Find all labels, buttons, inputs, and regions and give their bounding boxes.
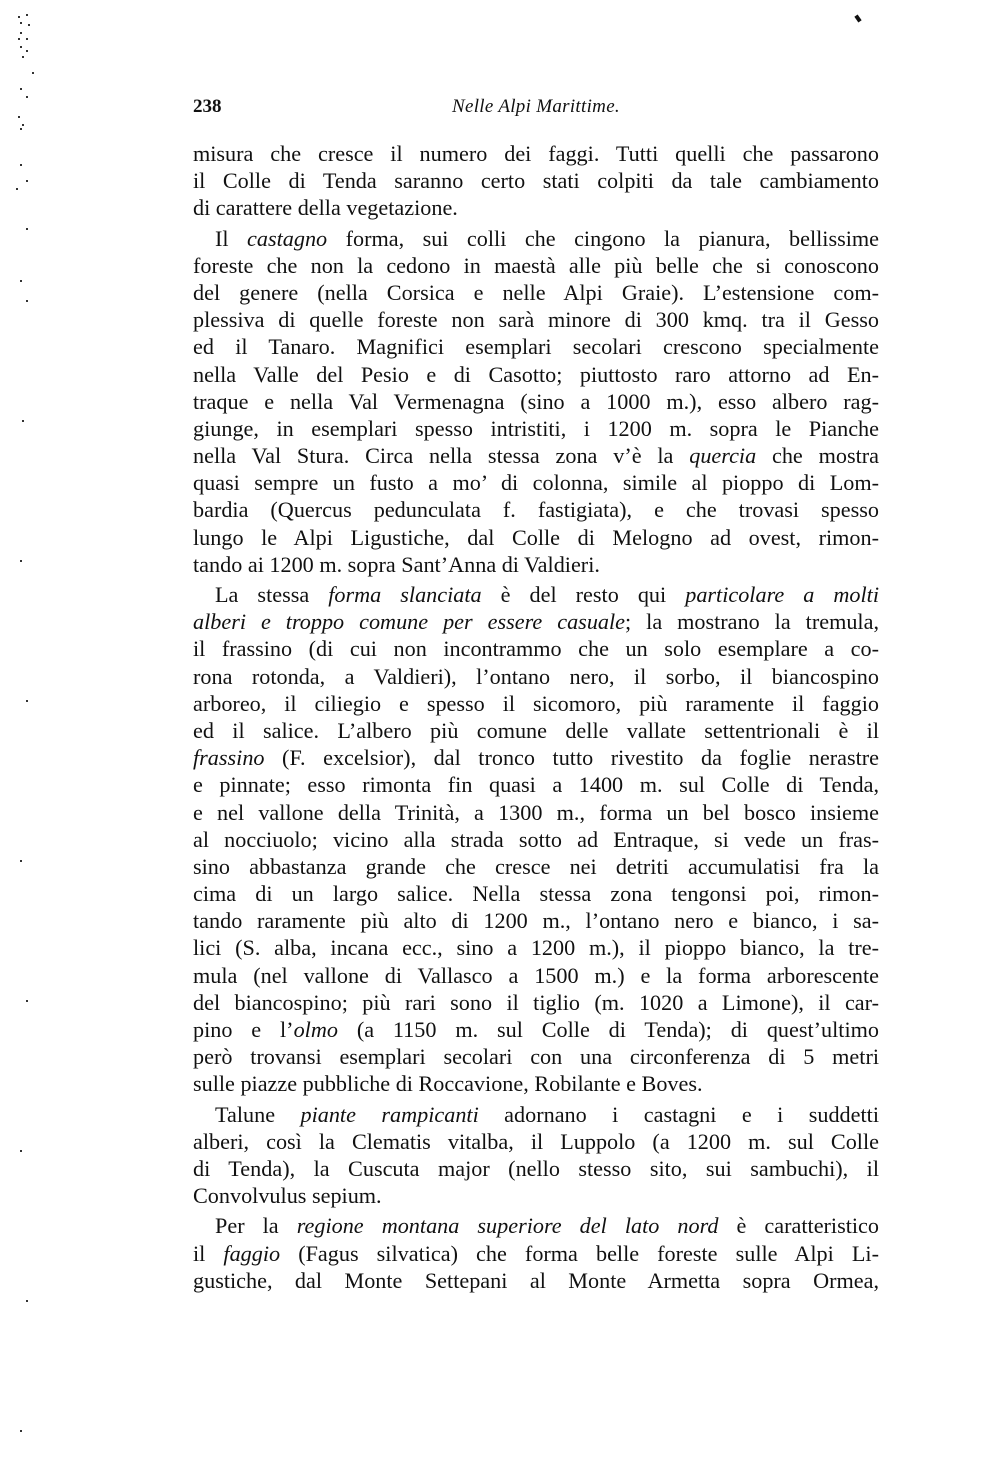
running-head: 238 Nelle Alpi Marittime. — [193, 96, 879, 126]
italic-text: forma slanciata — [328, 582, 481, 607]
text-run: è caratteristico — [718, 1213, 879, 1238]
paragraph: Talune piante rampicanti adornano i cast… — [193, 1101, 879, 1210]
text-line: il Colle di Tenda saranno certo stati co… — [193, 167, 879, 194]
text-run: traque e nella Val Vermenagna (sino a 10… — [193, 389, 879, 414]
text-line: gustiche, dal Monte Settepani al Monte A… — [193, 1267, 879, 1294]
text-run: misura che cresce il numero dei faggi. T… — [193, 141, 879, 166]
text-run: alberi, così la Clematis vitalba, il Lup… — [193, 1129, 879, 1154]
text-line: nella Valle del Pesio e di Casotto; piut… — [193, 361, 879, 388]
text-line: bardia (Quercus pedunculata f. fastigiat… — [193, 496, 879, 523]
text-run: plessiva di quelle foreste non sarà mino… — [193, 307, 879, 332]
paragraph: Per la regione montana superiore del lat… — [193, 1212, 879, 1294]
paragraph: Il castagno forma, sui colli che cingono… — [193, 225, 879, 578]
text-line: di carattere della vegetazione. — [193, 194, 879, 221]
text-line: foreste che non la cedono in maestà alle… — [193, 252, 879, 279]
text-line: sino abbastanza grande che cresce nei de… — [193, 853, 879, 880]
text-run: (F. excelsior), dal tronco tutto rivesti… — [265, 745, 879, 770]
italic-text: olmo — [294, 1017, 338, 1042]
text-run: nella Val Stura. Circa nella stessa zona… — [193, 443, 689, 468]
text-run: lici (S. alba, incana ecc., sino a 1200 … — [193, 935, 879, 960]
text-line: frassino (F. excelsior), dal tronco tutt… — [193, 744, 879, 771]
text-line: nella Val Stura. Circa nella stessa zona… — [193, 442, 879, 469]
text-line: del genere (nella Corsica e nelle Alpi G… — [193, 279, 879, 306]
text-line: Per la regione montana superiore del lat… — [193, 1212, 879, 1239]
text-run: ed il salice. L’albero più comune delle … — [193, 718, 879, 743]
text-run: arboreo, il ciliegio e spesso il sicomor… — [193, 691, 879, 716]
text-line: del biancospino; più rari sono il tiglio… — [193, 989, 879, 1016]
text-line: plessiva di quelle foreste non sarà mino… — [193, 306, 879, 333]
text-run: tando ai 1200 m. sopra Sant’Anna di Vald… — [193, 552, 600, 577]
text-run: quasi sempre un fusto a mo’ di colonna, … — [193, 470, 879, 495]
text-line: però trovansi esemplari secolari con una… — [193, 1043, 879, 1070]
text-run: (a 1150 m. sul Colle di Tenda); di quest… — [338, 1017, 879, 1042]
text-run: Per la — [215, 1213, 297, 1238]
text-run: di carattere della vegetazione. — [193, 195, 458, 220]
paragraph: misura che cresce il numero dei faggi. T… — [193, 140, 879, 222]
italic-text: faggio — [223, 1241, 280, 1266]
text-line: alberi, così la Clematis vitalba, il Lup… — [193, 1128, 879, 1155]
text-line: e pinnate; esso rimonta fin quasi a 1400… — [193, 771, 879, 798]
italic-text: castagno — [247, 226, 327, 251]
text-run: foreste che non la cedono in maestà alle… — [193, 253, 879, 278]
text-line: tando ai 1200 m. sopra Sant’Anna di Vald… — [193, 551, 879, 578]
text-run: Il — [215, 226, 247, 251]
text-line: Il castagno forma, sui colli che cingono… — [193, 225, 879, 252]
text-line: mula (nel vallone di Vallasco a 1500 m.)… — [193, 962, 879, 989]
text-run: ; la mostrano la tremula, — [625, 609, 879, 634]
scan-artifact-mark — [854, 14, 861, 22]
text-line: pino e l’olmo (a 1150 m. sul Colle di Te… — [193, 1016, 879, 1043]
text-run: nella Valle del Pesio e di Casotto; piut… — [193, 362, 879, 387]
text-run: (Fagus silvatica) che forma belle forest… — [280, 1241, 879, 1266]
text-line: al nocciuolo; vicino alla strada sotto a… — [193, 826, 879, 853]
text-run: lungo le Alpi Ligustiche, dal Colle di M… — [193, 525, 879, 550]
text-line: tando raramente più alto di 1200 m., l’o… — [193, 907, 879, 934]
italic-text: piante rampicanti — [300, 1102, 478, 1127]
text-run: di Tenda), la Cuscuta major (nello stess… — [193, 1156, 879, 1181]
text-run: Convolvulus sepium. — [193, 1183, 382, 1208]
text-line: rona rotonda, a Valdieri), l’ontano nero… — [193, 663, 879, 690]
text-run: forma, sui colli che cingono la pianura,… — [327, 226, 879, 251]
text-run: e nel vallone della Trinità, a 1300 m., … — [193, 800, 879, 825]
text-run: giunge, in esemplari spesso intristiti, … — [193, 416, 879, 441]
text-run: sulle piazze pubbliche di Roccavione, Ro… — [193, 1071, 703, 1096]
text-line: lici (S. alba, incana ecc., sino a 1200 … — [193, 934, 879, 961]
text-line: e nel vallone della Trinità, a 1300 m., … — [193, 799, 879, 826]
text-run: tando raramente più alto di 1200 m., l’o… — [193, 908, 879, 933]
text-line: giunge, in esemplari spesso intristiti, … — [193, 415, 879, 442]
text-run: è del resto qui — [482, 582, 686, 607]
text-line: lungo le Alpi Ligustiche, dal Colle di M… — [193, 524, 879, 551]
text-run: mula (nel vallone di Vallasco a 1500 m.)… — [193, 963, 879, 988]
text-line: ed il salice. L’albero più comune delle … — [193, 717, 879, 744]
text-run: il Colle di Tenda saranno certo stati co… — [193, 168, 879, 193]
text-run: cima di un largo salice. Nella stessa zo… — [193, 881, 879, 906]
paragraph: La stessa forma slanciata è del resto qu… — [193, 581, 879, 1098]
italic-text: frassino — [193, 745, 265, 770]
text-line: di Tenda), la Cuscuta major (nello stess… — [193, 1155, 879, 1182]
text-run: però trovansi esemplari secolari con una… — [193, 1044, 879, 1069]
text-run: che mostra — [756, 443, 879, 468]
text-line: quasi sempre un fusto a mo’ di colonna, … — [193, 469, 879, 496]
text-run: adornano i castagni e i suddetti — [479, 1102, 879, 1127]
text-line: traque e nella Val Vermenagna (sino a 10… — [193, 388, 879, 415]
text-run: al nocciuolo; vicino alla strada sotto a… — [193, 827, 879, 852]
text-run: pino e l’ — [193, 1017, 294, 1042]
text-line: il frassino (di cui non incontrammo che … — [193, 635, 879, 662]
text-run: il frassino (di cui non incontrammo che … — [193, 636, 879, 661]
text-line: La stessa forma slanciata è del resto qu… — [193, 581, 879, 608]
italic-text: particolare a molti — [685, 582, 879, 607]
running-title: Nelle Alpi Marittime. — [193, 96, 879, 118]
text-run: ed il Tanaro. Magnifici esemplari secola… — [193, 334, 879, 359]
text-line: Convolvulus sepium. — [193, 1182, 879, 1209]
text-run: e pinnate; esso rimonta fin quasi a 1400… — [193, 772, 879, 797]
text-line: cima di un largo salice. Nella stessa zo… — [193, 880, 879, 907]
text-line: ed il Tanaro. Magnifici esemplari secola… — [193, 333, 879, 360]
text-run: rona rotonda, a Valdieri), l’ontano nero… — [193, 664, 879, 689]
text-run: La stessa — [215, 582, 328, 607]
text-run: gustiche, dal Monte Settepani al Monte A… — [193, 1268, 879, 1293]
text-line: misura che cresce il numero dei faggi. T… — [193, 140, 879, 167]
text-line: sulle piazze pubbliche di Roccavione, Ro… — [193, 1070, 879, 1097]
italic-text: alberi e troppo comune per essere casual… — [193, 609, 625, 634]
text-run: sino abbastanza grande che cresce nei de… — [193, 854, 879, 879]
text-line: Talune piante rampicanti adornano i cast… — [193, 1101, 879, 1128]
scan-artifact-dots — [0, 0, 40, 1474]
book-page: 238 Nelle Alpi Marittime. misura che cre… — [193, 96, 879, 1294]
text-line: alberi e troppo comune per essere casual… — [193, 608, 879, 635]
italic-text: quercia — [689, 443, 756, 468]
italic-text: regione montana superiore del lato nord — [297, 1213, 719, 1238]
text-run: del biancospino; più rari sono il tiglio… — [193, 990, 879, 1015]
text-run: bardia (Quercus pedunculata f. fastigiat… — [193, 497, 879, 522]
body-text: misura che cresce il numero dei faggi. T… — [193, 140, 879, 1294]
text-line: arboreo, il ciliegio e spesso il sicomor… — [193, 690, 879, 717]
text-line: il faggio (Fagus silvatica) che forma be… — [193, 1240, 879, 1267]
text-run: Talune — [215, 1102, 300, 1127]
text-run: il — [193, 1241, 223, 1266]
text-run: del genere (nella Corsica e nelle Alpi G… — [193, 280, 879, 305]
